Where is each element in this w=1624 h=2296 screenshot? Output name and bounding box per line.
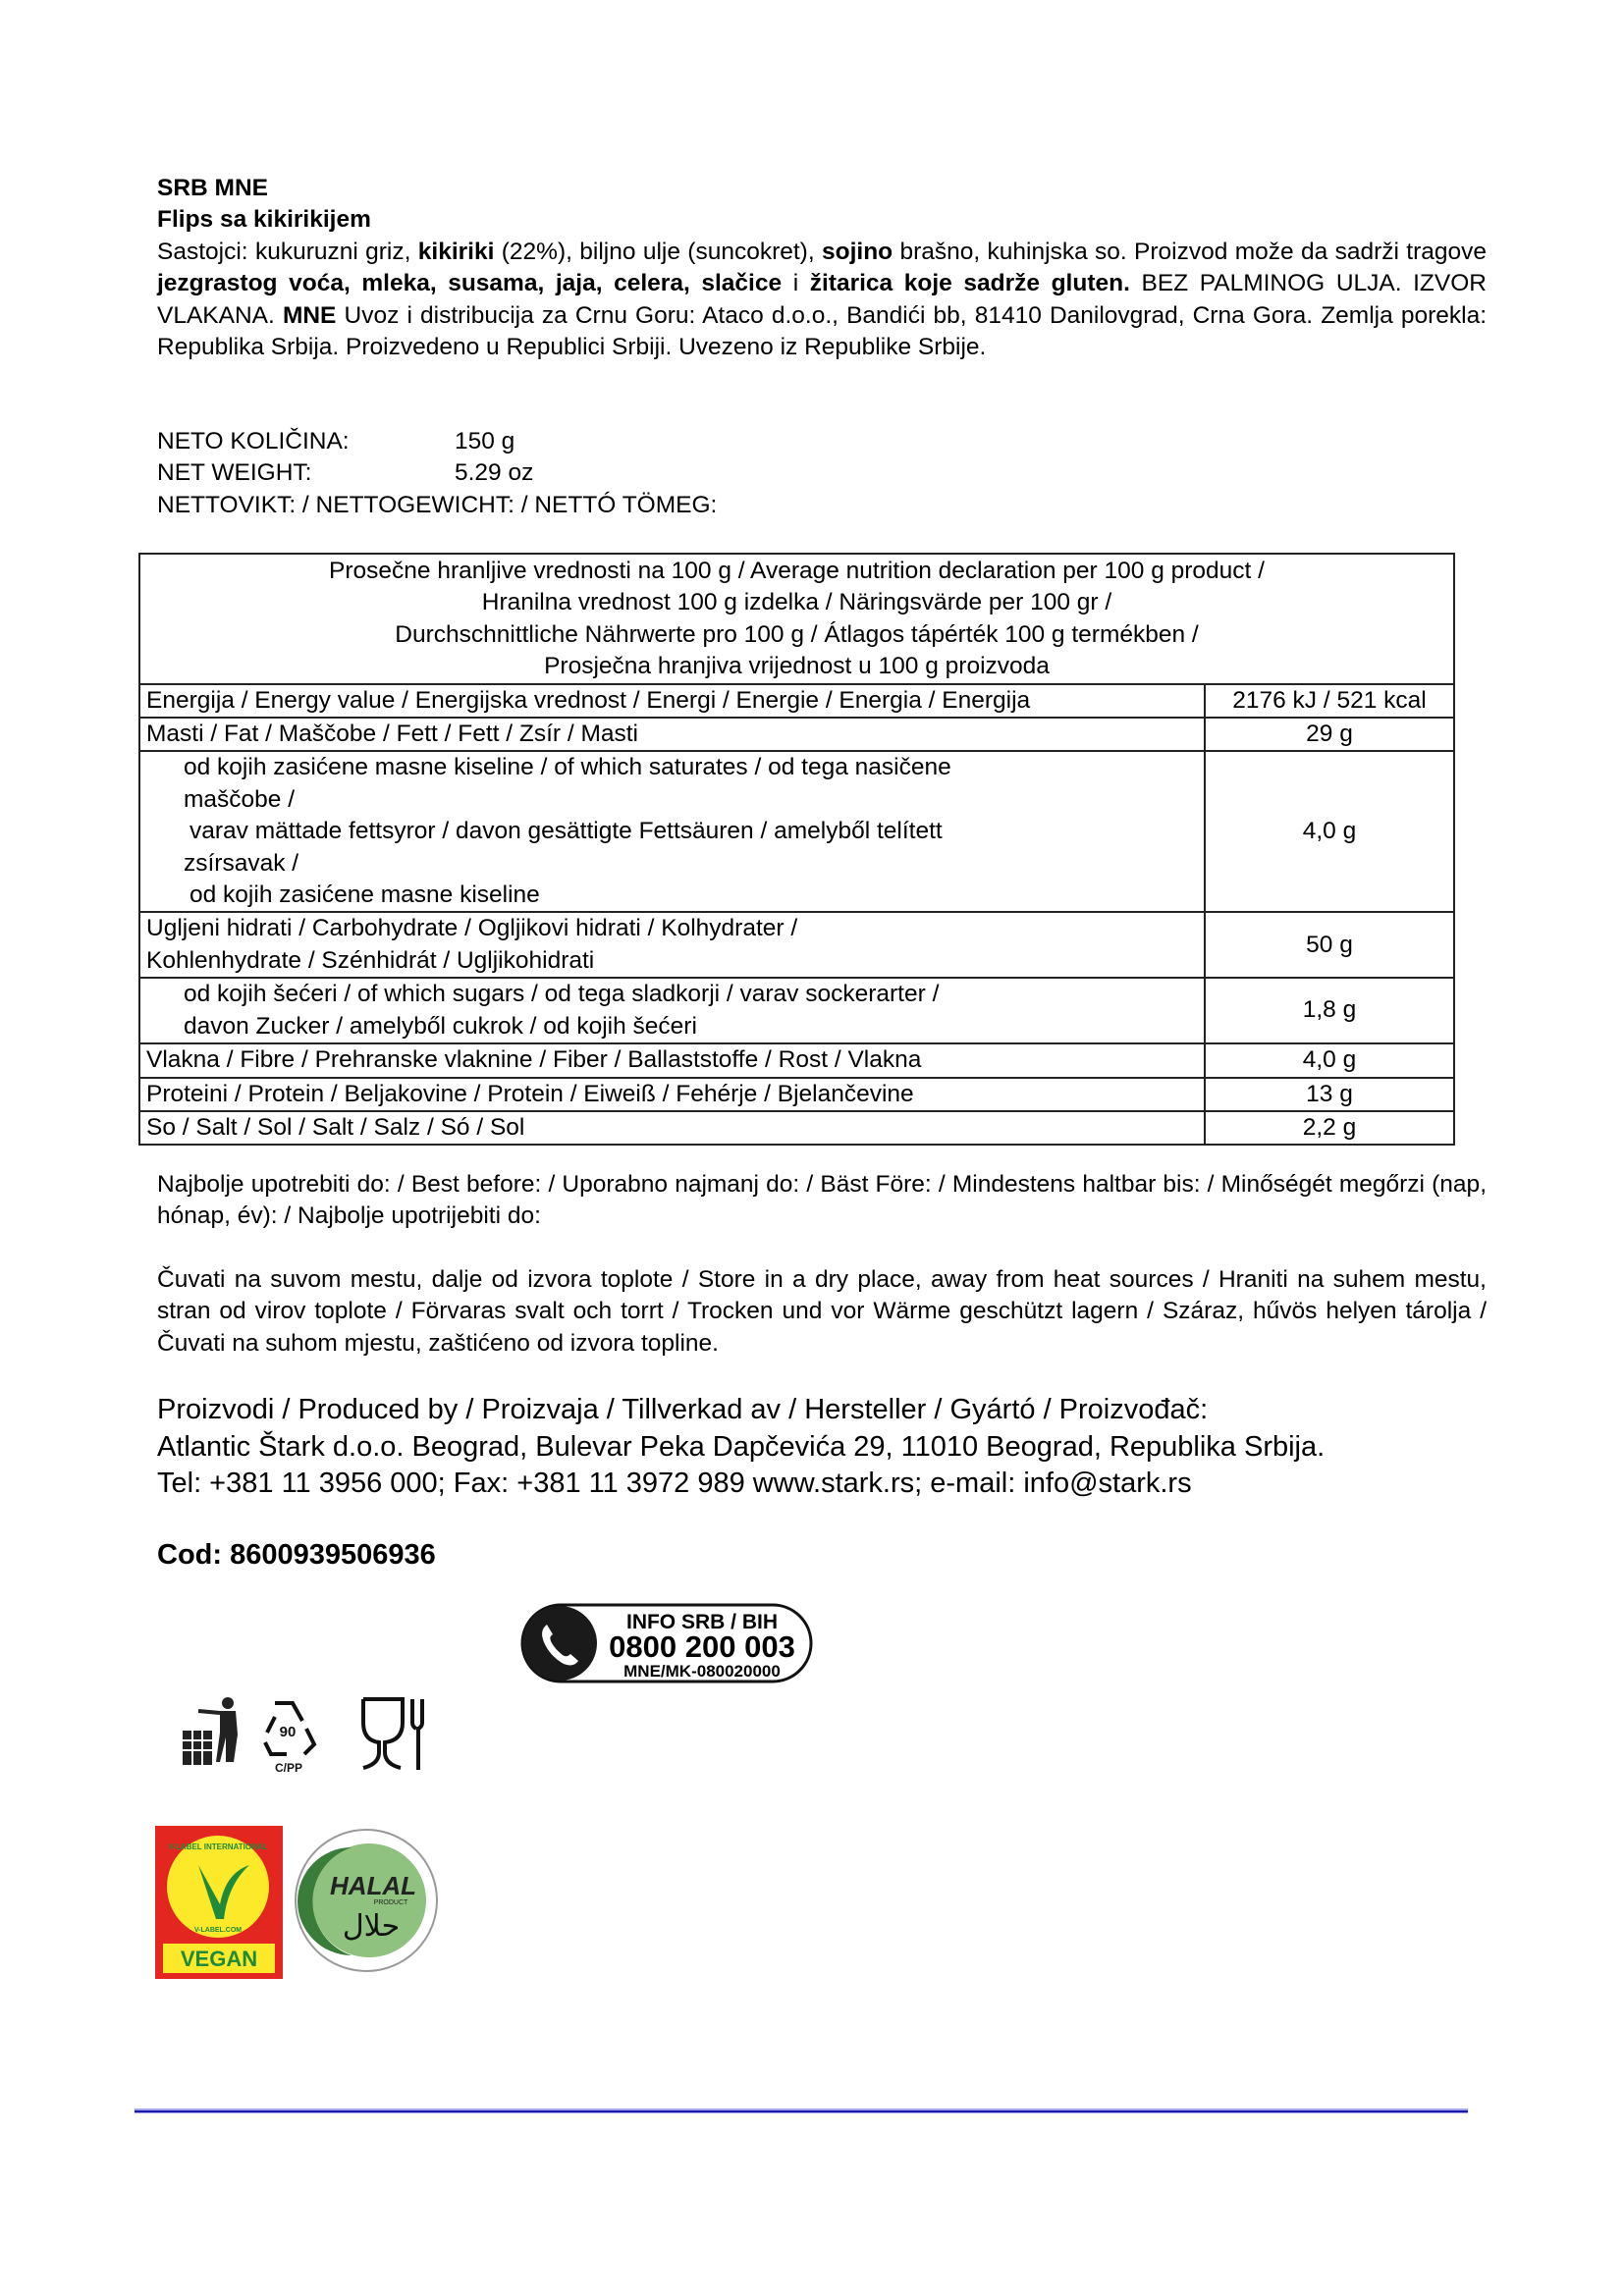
net-row-0: NETO KOLIČINA: 150 g	[157, 426, 717, 457]
tidy-man-icon	[183, 1697, 238, 1765]
nutrient-label: od kojih šećeri / of which sugars / od t…	[139, 978, 1205, 1043]
nutrient-label-line: Vlakna / Fibre / Prehranske vlaknine / F…	[146, 1044, 1198, 1076]
nutrient-label: Ugljeni hidrati / Carbohydrate / Ogljiko…	[139, 912, 1205, 978]
allergen-text: kikiriki	[418, 239, 495, 265]
nutrition-row: Proteini / Protein / Beljakovine / Prote…	[139, 1078, 1454, 1111]
nutrient-label-line: Ugljeni hidrati / Carbohydrate / Ogljiko…	[146, 913, 1198, 944]
allergen-text: jezgrastog voća, mleka, susama, jaja, ce…	[157, 270, 782, 296]
recycle-icon: 90 C/PP	[265, 1703, 314, 1775]
producer-info: Proizvodi / Produced by / Proizvaja / Ti…	[157, 1392, 1532, 1503]
info-line-number: 0800 200 003	[609, 1629, 795, 1664]
certifications: V-LABEL INTERNATIONAL V-LABEL.COM VEGAN …	[155, 1826, 450, 1988]
ingredient-text: Uvoz i distribucija za Crnu Goru: Ataco …	[157, 302, 1487, 360]
nutrient-label-line: od kojih zasićene masne kiseline	[146, 880, 1198, 911]
halal-label: HALAL	[330, 1871, 416, 1900]
nutrient-label-line: Proteini / Protein / Beljakovine / Prote…	[146, 1079, 1198, 1110]
vegan-label-top: V-LABEL INTERNATIONAL	[168, 1842, 267, 1851]
net-label: NET WEIGHT:	[157, 457, 455, 489]
nutrient-value: 2176 kJ / 521 kcal	[1205, 684, 1454, 718]
net-label: NETO KOLIČINA:	[157, 426, 455, 457]
nutrient-label-line: davon Zucker / amelyből cukrok / od koji…	[146, 1011, 1198, 1042]
nutrient-label-line: maščobe /	[146, 784, 1198, 816]
nutrient-value: 4,0 g	[1205, 1043, 1454, 1077]
vegan-label-bottom: V-LABEL.COM	[194, 1927, 242, 1934]
nutrient-value: 4,0 g	[1205, 751, 1454, 912]
vegan-label-logo: V-LABEL INTERNATIONAL V-LABEL.COM VEGAN	[155, 1826, 283, 1979]
nutrient-label-line: Energija / Energy value / Energijska vre…	[146, 685, 1198, 717]
nutrient-value: 1,8 g	[1205, 978, 1454, 1043]
footer-rule	[135, 2109, 1468, 2113]
nutrition-header-line: Prosečne hranljive vrednosti na 100 g / …	[140, 556, 1453, 587]
net-quantity: NETO KOLIČINA: 150 g NET WEIGHT: 5.29 oz…	[157, 426, 717, 521]
nutrition-row: Masti / Fat / Maščobe / Fett / Fett / Zs…	[139, 718, 1454, 751]
nutrition-row: Ugljeni hidrati / Carbohydrate / Ogljiko…	[139, 912, 1454, 978]
storage-instructions: Čuvati na suvom mestu, dalje od izvora t…	[157, 1264, 1487, 1360]
nutrition-row: So / Salt / Sol / Salt / Salz / Só / Sol…	[139, 1111, 1454, 1145]
net-value: 5.29 oz	[455, 457, 533, 489]
ingredient-text: Sastojci: kukuruzni griz,	[157, 239, 418, 265]
nutrient-value: 2,2 g	[1205, 1111, 1454, 1145]
ingredient-text: (22%), biljno ulje (suncokret),	[494, 239, 822, 265]
packaging-symbols: 90 C/PP	[177, 1693, 442, 1787]
nutrition-row: Energija / Energy value / Energijska vre…	[139, 684, 1454, 718]
nutrient-label-line: zsírsavak /	[146, 848, 1198, 880]
producer-contact: Tel: +381 11 3956 000; Fax: +381 11 3972…	[157, 1466, 1532, 1503]
nutrition-row: od kojih šećeri / of which sugars / od t…	[139, 978, 1454, 1043]
nutrient-label: Masti / Fat / Maščobe / Fett / Fett / Zs…	[139, 718, 1205, 751]
nutrient-label-line: varav mättade fettsyror / davon gesättig…	[146, 816, 1198, 847]
product-header: SRB MNE Flips sa kikirikijem	[157, 173, 1487, 237]
allergen-text: sojino	[822, 239, 893, 265]
recycle-code: 90	[280, 1724, 297, 1740]
ingredient-text: i	[782, 270, 810, 296]
best-before: Najbolje upotrebiti do: / Best before: /…	[157, 1169, 1487, 1233]
nutrient-label-line: od kojih šećeri / of which sugars / od t…	[146, 979, 1198, 1010]
producer-label: Proizvodi / Produced by / Proizvaja / Ti…	[157, 1392, 1532, 1429]
nutrient-label-line: Masti / Fat / Maščobe / Fett / Fett / Zs…	[146, 719, 1198, 750]
nutrient-label: Vlakna / Fibre / Prehranske vlaknine / F…	[139, 1043, 1205, 1077]
nutrition-table: Prosečne hranljive vrednosti na 100 g / …	[138, 553, 1455, 1146]
allergen-text: MNE	[283, 302, 336, 329]
nutrient-label-line: So / Salt / Sol / Salt / Salz / Só / Sol	[146, 1112, 1198, 1144]
nutrient-value: 13 g	[1205, 1078, 1454, 1111]
vegan-label-text: VEGAN	[181, 1947, 257, 1971]
allergen-text: žitarica koje sadrže gluten.	[810, 270, 1130, 296]
country-codes: SRB MNE	[157, 173, 1487, 204]
recycle-material: C/PP	[275, 1761, 302, 1775]
nutrition-header-line: Durchschnittliche Nährwerte pro 100 g / …	[140, 619, 1453, 651]
product-code: Cod: 8600939506936	[157, 1539, 436, 1572]
halal-logo: HALAL PRODUCT حلال	[296, 1830, 437, 1971]
ingredient-text: brašno, kuhinjska so. Proizvod može da s…	[893, 239, 1487, 265]
food-safe-icon	[363, 1699, 422, 1770]
nutrition-row: od kojih zasićene masne kiseline / of wh…	[139, 751, 1454, 912]
nutrition-header: Prosečne hranljive vrednosti na 100 g / …	[139, 554, 1454, 684]
nutrient-label: od kojih zasićene masne kiseline / of wh…	[139, 751, 1205, 912]
info-line-secondary: MNE/MK-080020000	[623, 1662, 781, 1681]
halal-arabic: حلال	[343, 1909, 400, 1944]
nutrient-label: Proteini / Protein / Beljakovine / Prote…	[139, 1078, 1205, 1111]
nutrient-label-line: od kojih zasićene masne kiseline / of wh…	[146, 752, 1198, 783]
halal-sub: PRODUCT	[374, 1899, 408, 1906]
nutrition-header-line: Prosječna hranjiva vrijednost u 100 g pr…	[140, 651, 1453, 682]
nutrition-row: Vlakna / Fibre / Prehranske vlaknine / F…	[139, 1043, 1454, 1077]
net-other-languages: NETTOVIKT: / NETTOGEWICHT: / NETTÓ TÖMEG…	[157, 490, 717, 521]
net-row-1: NET WEIGHT: 5.29 oz	[157, 457, 717, 489]
nutrient-value: 29 g	[1205, 718, 1454, 751]
nutrition-header-line: Hranilna vrednost 100 g izdelka / Näring…	[140, 587, 1453, 618]
producer-address: Atlantic Štark d.o.o. Beograd, Bulevar P…	[157, 1429, 1532, 1467]
net-value: 150 g	[455, 426, 514, 457]
info-line-badge: INFO SRB / BIH 0800 200 003 MNE/MK-08002…	[520, 1603, 813, 1683]
nutrient-label: Energija / Energy value / Energijska vre…	[139, 684, 1205, 718]
ingredients-paragraph: Sastojci: kukuruzni griz, kikiriki (22%)…	[157, 237, 1487, 364]
product-name: Flips sa kikirikijem	[157, 204, 1487, 236]
nutrient-label: So / Salt / Sol / Salt / Salz / Só / Sol	[139, 1111, 1205, 1145]
nutrient-value: 50 g	[1205, 912, 1454, 978]
nutrient-label-line: Kohlenhydrate / Szénhidrát / Ugljikohidr…	[146, 945, 1198, 977]
nutrition-header-row: Prosečne hranljive vrednosti na 100 g / …	[139, 554, 1454, 684]
